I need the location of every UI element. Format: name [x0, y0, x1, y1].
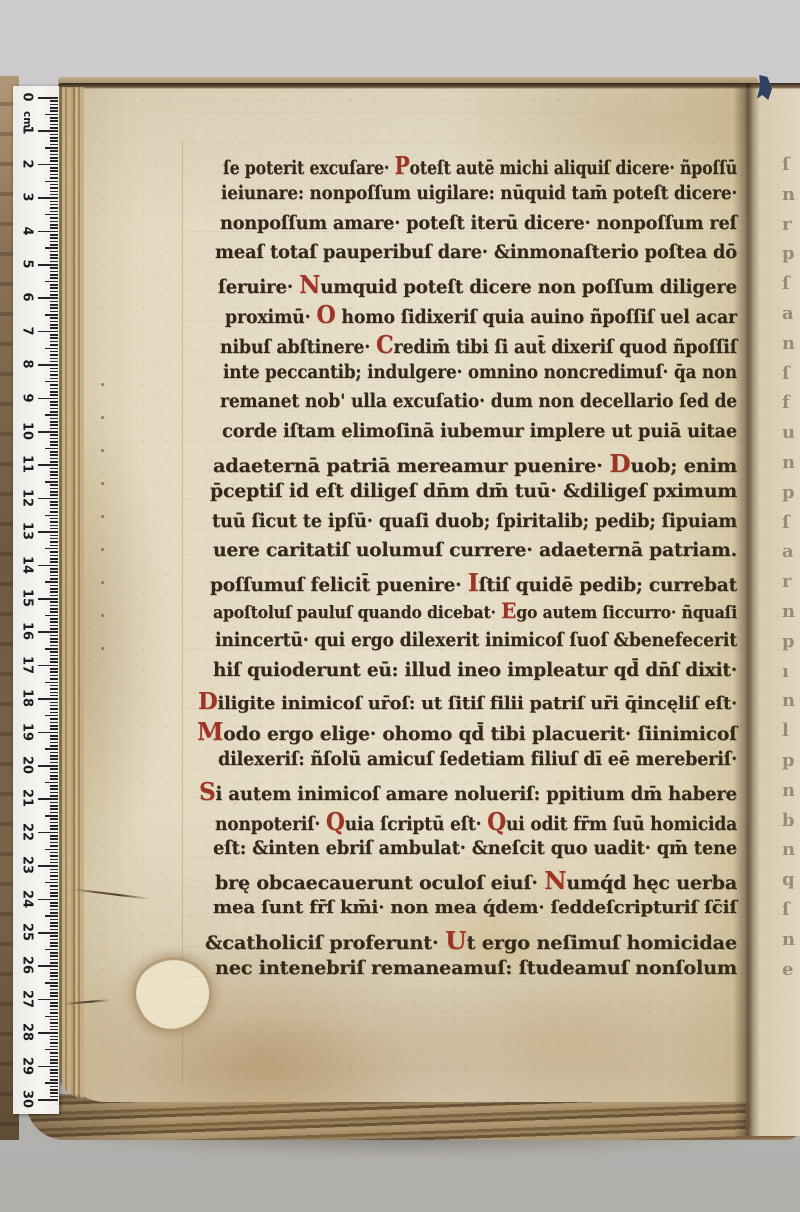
ruler-mm-tick: [50, 775, 59, 777]
ruler-mm-tick: [45, 849, 58, 851]
ruler-mm-tick: [50, 869, 59, 871]
prick-mark: [101, 581, 104, 584]
ruler-number: 26: [20, 955, 35, 975]
ruler-mm-tick: [50, 307, 59, 309]
text-segment: nibuſ abſtinere·: [220, 336, 376, 358]
ruler-mm-tick: [50, 912, 59, 914]
ruler-cm-tick: [38, 899, 58, 901]
ruler-number: 6: [20, 287, 35, 307]
ruler-mm-tick: [50, 575, 59, 577]
ruler-cm-tick: [38, 264, 58, 266]
ruler-mm-tick: [45, 648, 58, 650]
ruler-mm-tick: [50, 140, 59, 142]
ruler-mm-tick: [50, 902, 59, 904]
manuscript-text-line: nonpoteriſ· Quia ſcriptū eſt· Qui odit f…: [215, 810, 737, 834]
ruler-number: 23: [20, 855, 35, 875]
ruler-mm-tick: [50, 758, 59, 760]
ruler-cm-tick: [38, 97, 58, 99]
ruler-mm-tick: [45, 314, 58, 316]
ruler-cm-tick: [38, 1032, 58, 1034]
ruler-mm-tick: [50, 905, 59, 907]
facing-text-fragment: n: [782, 929, 795, 950]
ruler-mm-tick: [50, 104, 59, 106]
manuscript-text-line: inincertū· qui ergo dilexerit inimicoſ ſ…: [215, 631, 737, 650]
ruler-cm-tick: [38, 965, 58, 967]
ruler-mm-tick: [50, 661, 59, 663]
rubric-initial: Q: [326, 807, 345, 836]
ruler-mm-tick: [45, 782, 58, 784]
ruler-mm-tick: [50, 1069, 59, 1071]
ruler-mm-tick: [50, 444, 59, 446]
ruler-mm-tick: [50, 321, 59, 323]
ruler-mm-tick: [50, 919, 59, 921]
ruler-mm-tick: [50, 712, 59, 714]
prick-mark: [101, 548, 104, 551]
ruler-mm-tick: [50, 872, 59, 874]
ruler-mm-tick: [50, 828, 59, 830]
ruling-line: [182, 141, 183, 1085]
ruler-cm-tick: [38, 531, 58, 533]
ruler-number: 30: [20, 1089, 35, 1109]
ruler-mm-tick: [50, 194, 59, 196]
ruler-mm-tick: [45, 281, 58, 283]
ruler-mm-tick: [50, 925, 59, 927]
ruler-cm-tick: [38, 398, 58, 400]
ruler-mm-tick: [50, 1022, 59, 1024]
text-segment: &catholiciſ proferunt·: [205, 932, 445, 954]
ruler-number: 11: [20, 454, 35, 474]
ruler-mm-tick: [50, 1089, 59, 1091]
rubric-initial: N: [544, 866, 566, 895]
text-segment: proximū·: [225, 306, 316, 328]
rubric-initial: N: [299, 270, 320, 299]
ruler-number: 15: [20, 588, 35, 608]
ruler-mm-tick: [50, 494, 59, 496]
ruler-mm-tick: [45, 214, 58, 216]
ruler-mm-tick: [50, 608, 59, 610]
ruler-mm-tick: [50, 224, 59, 226]
manuscript-text-line: ieiunare: nonpoſſum uigilare: nūquid tam…: [221, 184, 737, 203]
manuscript-text-line: corde iſtam elimoſinā iubemur implere ut…: [222, 422, 737, 441]
manuscript-text-line: poſſumuſ felicit̄ puenire· Iſtiſ quidē p…: [210, 571, 737, 595]
text-segment: t ergo neſimuſ homicidae: [466, 932, 737, 954]
ruler-mm-tick: [50, 277, 59, 279]
text-segment: iligite inimicoſ ur̄oſ: ut ſitiſ filii p…: [218, 693, 737, 714]
ruler-mm-tick: [50, 384, 59, 386]
facing-text-fragment: p: [782, 243, 795, 264]
ruler-cm-tick: [38, 832, 58, 834]
ruler-mm-tick: [50, 454, 59, 456]
ruler-cm-tick: [38, 197, 58, 199]
manuscript-text-line: nibuſ abſtinere· Credim̄ tibi ſi aut̄ di…: [220, 333, 737, 357]
text-segment: ſeruire·: [218, 276, 299, 298]
ruler-mm-tick: [50, 695, 59, 697]
manuscript-text-line: hiſ quioderunt eū: illud ineo impleatur …: [213, 661, 737, 680]
text-segment: uere caritatiſ uolumuſ currere· adaetern…: [213, 539, 737, 561]
ruler-mm-tick: [50, 1012, 59, 1014]
ruler-mm-tick: [50, 922, 59, 924]
text-segment: nonpoſſum amare· poteſt iterū dicere· no…: [220, 212, 737, 234]
ruler-mm-tick: [45, 682, 58, 684]
prick-mark: [101, 416, 104, 419]
gutter-shadow: [733, 83, 759, 1136]
ruler-mm-tick: [50, 651, 59, 653]
ruler-mm-tick: [50, 768, 59, 770]
ruler-mm-tick: [50, 391, 59, 393]
ruler-mm-tick: [50, 969, 59, 971]
ruler-mm-tick: [50, 1096, 59, 1098]
facing-text-fragment: ſ: [782, 273, 790, 294]
ruler-mm-tick: [45, 181, 58, 183]
ruler-mm-tick: [45, 481, 58, 483]
ruler-mm-tick: [50, 621, 59, 623]
manuscript-text-line: inte peccantib; indulgere· omnino noncre…: [223, 363, 737, 382]
ruler-mm-tick: [50, 511, 59, 513]
ruler-mm-tick: [50, 241, 59, 243]
ruler-mm-tick: [50, 855, 59, 857]
manuscript-text-line: brę obcaecauerunt oculoſ eiuſ· Numq́d hę…: [215, 869, 737, 893]
text-segment: meaſ totaſ pauperibuſ dare· &inmonaſteri…: [215, 241, 737, 263]
ruler-mm-tick: [50, 802, 59, 804]
ruler-mm-tick: [50, 738, 59, 740]
ruler-mm-tick: [45, 348, 58, 350]
ruler-mm-tick: [50, 170, 59, 172]
text-segment: tuū ſicut te ipſū· quaſi duob; ſpiritali…: [212, 510, 737, 532]
ruler-mm-tick: [50, 955, 59, 957]
ruler-number: 10: [20, 421, 35, 441]
ruler-number: 5: [20, 254, 35, 274]
ruler-mm-tick: [50, 578, 59, 580]
rubric-initial: D: [609, 449, 630, 478]
ruler-cm-tick: [38, 1099, 58, 1101]
facing-text-fragment: p: [782, 482, 795, 503]
ruler-number: 17: [20, 655, 35, 675]
ruler-mm-tick: [50, 668, 59, 670]
ruler-unit-label: cm: [21, 111, 33, 127]
text-segment: ſe poterit excuſare·: [223, 157, 395, 179]
rubric-initial: E: [501, 599, 516, 624]
text-segment: corde iſtam elimoſinā iubemur implere ut…: [222, 420, 737, 442]
ruler-cm-tick: [38, 498, 58, 500]
ruler-mm-tick: [50, 852, 59, 854]
ruler-mm-tick: [50, 358, 59, 360]
manuscript-text-line: Diligite inimicoſ ur̄oſ: ut ſitiſ filii …: [198, 690, 737, 713]
text-segment: uob; enim: [630, 455, 737, 477]
ruler-cm-tick: [38, 431, 58, 433]
ruler-mm-tick: [50, 645, 59, 647]
ruler-mm-tick: [50, 508, 59, 510]
ruler-mm-tick: [50, 274, 59, 276]
ruler-mm-tick: [50, 374, 59, 376]
ruler-mm-tick: [50, 655, 59, 657]
ruler-mm-tick: [50, 742, 59, 744]
ruler-mm-tick: [50, 889, 59, 891]
ruler-mm-tick: [50, 1092, 59, 1094]
facing-text-fragment: u: [782, 422, 795, 443]
ruler-mm-tick: [50, 344, 59, 346]
ruler-mm-tick: [50, 301, 59, 303]
ruler-cm-tick: [38, 130, 58, 132]
ruler-number: 13: [20, 521, 35, 541]
ruler-mm-tick: [50, 324, 59, 326]
ruler-mm-tick: [50, 805, 59, 807]
ruler-mm-tick: [50, 267, 59, 269]
ruler-mm-tick: [50, 1052, 59, 1054]
text-segment: ui odit fr̄m ſuū homicida: [506, 813, 737, 835]
ruler-mm-tick: [50, 1062, 59, 1064]
ruler-mm-tick: [50, 1026, 59, 1028]
facing-text-fragment: n: [782, 333, 795, 354]
manuscript-text-line: uere caritatiſ uolumuſ currere· adaetern…: [213, 541, 737, 560]
text-segment: inte peccantib; indulgere· omnino noncre…: [223, 361, 737, 383]
ruler-number: 4: [20, 221, 35, 241]
ruler-mm-tick: [50, 458, 59, 460]
ruler-number: 29: [20, 1056, 35, 1076]
ruler-mm-tick: [50, 187, 59, 189]
ruler-mm-tick: [50, 137, 59, 139]
ruler-mm-tick: [50, 294, 59, 296]
ruler-mm-tick: [50, 207, 59, 209]
ruler-mm-tick: [50, 227, 59, 229]
ruler-mm-tick: [50, 304, 59, 306]
ruler-mm-tick: [50, 134, 59, 136]
text-segment: dilexeriſ: ñſolū amicuſ ſedetiam filiuſ …: [218, 748, 737, 770]
ruler-mm-tick: [50, 702, 59, 704]
ruler-mm-tick: [50, 184, 59, 186]
ruler-mm-tick: [50, 341, 59, 343]
ruler-cm-tick: [38, 865, 58, 867]
prick-mark: [101, 647, 104, 650]
ruler-mm-tick: [50, 745, 59, 747]
ruler-number: 9: [20, 388, 35, 408]
ruler-mm-tick: [50, 859, 59, 861]
ruler-number: 14: [20, 555, 35, 575]
ruler-mm-tick: [50, 935, 59, 937]
ruler-number: 16: [20, 621, 35, 641]
facing-text-fragment: a: [782, 541, 794, 562]
ruler-mm-tick: [50, 822, 59, 824]
text-segment: p̄ceptiſ id eſt diligeſ dn̄m dm̄ tuū· &d…: [210, 480, 737, 502]
ruler-mm-tick: [50, 992, 59, 994]
manuscript-text-line: tuū ſicut te ipſū· quaſi duob; ſpiritali…: [212, 512, 737, 531]
ruler-mm-tick: [50, 628, 59, 630]
ruler-cm-tick: [38, 297, 58, 299]
facing-text-fragment: ı: [782, 661, 789, 682]
ruler-mm-tick: [50, 545, 59, 547]
ruler-number: 3: [20, 187, 35, 207]
ruler-number: 19: [20, 722, 35, 742]
ruler-cm-tick: [38, 364, 58, 366]
ruler-mm-tick: [50, 404, 59, 406]
ruler-mm-tick: [50, 601, 59, 603]
ruler-mm-tick: [50, 160, 59, 162]
ruler-mm-tick: [50, 154, 59, 156]
ruler-mm-tick: [45, 381, 58, 383]
ruler-mm-tick: [50, 885, 59, 887]
ruler-mm-tick: [50, 551, 59, 553]
ruler-number: 27: [20, 989, 35, 1009]
ruler-mm-tick: [50, 251, 59, 253]
ruler-mm-tick: [50, 287, 59, 289]
ruler-mm-tick: [50, 1042, 59, 1044]
ruler: 0123456789101112131415161718192021222324…: [13, 86, 59, 1114]
ruler-mm-tick: [50, 471, 59, 473]
ruler-mm-tick: [50, 337, 59, 339]
ruler-cm-tick: [38, 631, 58, 633]
ruler-cm-tick: [38, 932, 58, 934]
ruler-mm-tick: [50, 985, 59, 987]
manuscript-text-line: p̄ceptiſ id eſt diligeſ dn̄m dm̄ tuū· &d…: [210, 482, 737, 501]
ruler-mm-tick: [45, 815, 58, 817]
ruler-mm-tick: [50, 945, 59, 947]
facing-text-fragment: n: [782, 839, 795, 860]
manuscript-text-line: nec intenebriſ remaneamuſ: ſtudeamuſ non…: [215, 959, 737, 978]
manuscript-text-line: meaſ totaſ pauperibuſ dare· &inmonaſteri…: [215, 243, 737, 262]
ruler-mm-tick: [50, 1019, 59, 1021]
ruler-mm-tick: [45, 748, 58, 750]
ruler-mm-tick: [50, 875, 59, 877]
ruler-cm-tick: [38, 765, 58, 767]
ruler-mm-tick: [50, 755, 59, 757]
ruler-mm-tick: [50, 237, 59, 239]
ruler-cm-tick: [38, 331, 58, 333]
ruler-mm-tick: [50, 892, 59, 894]
ruler-mm-tick: [50, 484, 59, 486]
text-segment: ieiunare: nonpoſſum uigilare: nūquid tam…: [221, 182, 737, 204]
ruler-mm-tick: [45, 247, 58, 249]
ruler-mm-tick: [50, 221, 59, 223]
ruler-mm-tick: [50, 1036, 59, 1038]
ruler-number: 0: [20, 87, 35, 107]
ruler-mm-tick: [50, 778, 59, 780]
text-segment: ſtiſ quidē pedib; currebat: [479, 574, 737, 596]
ruler-mm-tick: [50, 518, 59, 520]
ruler-mm-tick: [50, 979, 59, 981]
ruler-mm-tick: [50, 127, 59, 129]
ruler-mm-tick: [50, 421, 59, 423]
ruler-mm-tick: [50, 394, 59, 396]
manuscript-text-line: Modo ergo elige· ohomo qd̄ tibi placueri…: [197, 720, 737, 744]
ruler-mm-tick: [50, 388, 59, 390]
text-segment: umquid poteſt dicere non poſſum diligere: [320, 276, 737, 298]
ruler-mm-tick: [50, 762, 59, 764]
ruler-mm-tick: [50, 838, 59, 840]
facing-text-fragment: q: [782, 869, 795, 890]
ruler-mm-tick: [45, 882, 58, 884]
ruler-mm-tick: [50, 234, 59, 236]
ruler-mm-tick: [50, 688, 59, 690]
prick-mark: [101, 515, 104, 518]
ruler-mm-tick: [45, 414, 58, 416]
ruler-cm-tick: [38, 565, 58, 567]
ruler-mm-tick: [50, 818, 59, 820]
text-segment: homo ſidixeriſ quia auino ñpoſſiſ uel ac…: [336, 306, 737, 328]
manuscript-text-line: dilexeriſ: ñſolū amicuſ ſedetiam filiuſ …: [218, 750, 737, 769]
ruler-mm-tick: [50, 261, 59, 263]
ruler-number: 25: [20, 922, 35, 942]
rubric-initial: Q: [487, 807, 506, 836]
facing-text-fragment: ſ: [782, 512, 790, 533]
ruler-mm-tick: [50, 535, 59, 537]
text-segment: nonpoteriſ·: [215, 813, 326, 835]
ruler-mm-tick: [50, 705, 59, 707]
ruler-mm-tick: [50, 361, 59, 363]
ruler-number: 28: [20, 1022, 35, 1042]
rubric-initial: D: [198, 688, 218, 715]
ruler-mm-tick: [50, 962, 59, 964]
ruler-mm-tick: [50, 257, 59, 259]
ruler-number: 22: [20, 822, 35, 842]
ruler-mm-tick: [50, 191, 59, 193]
ruler-mm-tick: [50, 638, 59, 640]
manuscript-text-line: proximū· O homo ſidixeriſ quia auino ñpo…: [225, 303, 737, 327]
ruler-mm-tick: [50, 585, 59, 587]
ruler-mm-tick: [50, 942, 59, 944]
ruler-mm-tick: [50, 371, 59, 373]
facing-text-fragment: r: [782, 571, 791, 592]
ruler-mm-tick: [50, 291, 59, 293]
ruler-mm-tick: [50, 451, 59, 453]
text-segment: odo ergo elige· ohomo qd̄ tibi placuerit…: [223, 723, 737, 745]
ruler-mm-tick: [50, 120, 59, 122]
ruler-mm-tick: [50, 354, 59, 356]
ruler-mm-tick: [50, 157, 59, 159]
ruler-mm-tick: [50, 995, 59, 997]
ruler-mm-tick: [50, 752, 59, 754]
ruler-cm-tick: [38, 1066, 58, 1068]
ruler-mm-tick: [50, 618, 59, 620]
ruler-mm-tick: [50, 428, 59, 430]
rubric-initial: I: [468, 568, 479, 597]
ruler-mm-tick: [50, 588, 59, 590]
text-segment: nec intenebriſ remaneamuſ: ſtudeamuſ non…: [215, 957, 737, 979]
text-segment: apoſtoluſ pauluſ quando dicebat·: [213, 603, 501, 623]
facing-text-fragment: r: [782, 214, 791, 235]
facing-text-fragment: n: [782, 452, 795, 473]
ruler-mm-tick: [50, 641, 59, 643]
ruler-mm-tick: [50, 1056, 59, 1058]
manuscript-text-line: eſt: &inten ebriſ ambulat· &neſcit quo u…: [213, 839, 737, 858]
ruler-mm-tick: [50, 411, 59, 413]
ruler-mm-tick: [50, 708, 59, 710]
text-segment: hiſ quioderunt eū: illud ineo impleatur …: [213, 659, 737, 681]
manuscript-text-line: apoſtoluſ pauluſ quando dicebat· Ego aut…: [213, 601, 737, 623]
ruler-cm-tick: [38, 464, 58, 466]
ruler-mm-tick: [50, 117, 59, 119]
ruler-mm-tick: [50, 368, 59, 370]
rubric-initial: C: [376, 330, 394, 359]
ruler-mm-tick: [50, 792, 59, 794]
ruler-mm-tick: [45, 548, 58, 550]
ruler-mm-tick: [50, 525, 59, 527]
ruler-mm-tick: [45, 1082, 58, 1084]
ruler-mm-tick: [50, 167, 59, 169]
text-segment: eſt: &inten ebriſ ambulat· &neſcit quo u…: [213, 837, 737, 859]
ruler-mm-tick: [50, 124, 59, 126]
ruler-mm-tick: [50, 284, 59, 286]
facing-text-fragment: p: [782, 631, 795, 652]
facing-text-fragment: a: [782, 303, 794, 324]
ruler-number: 24: [20, 889, 35, 909]
ruler-mm-tick: [50, 722, 59, 724]
ruler-mm-tick: [50, 311, 59, 313]
prick-mark: [101, 614, 104, 617]
rubric-initial: S: [199, 777, 216, 806]
ruler-mm-tick: [50, 785, 59, 787]
manuscript-text-line: Si autem inimicoſ amare nolueriſ: ppitiu…: [199, 780, 737, 804]
ruler-cm-tick: [38, 665, 58, 667]
text-segment: umq́d hęc uerba: [566, 872, 737, 894]
